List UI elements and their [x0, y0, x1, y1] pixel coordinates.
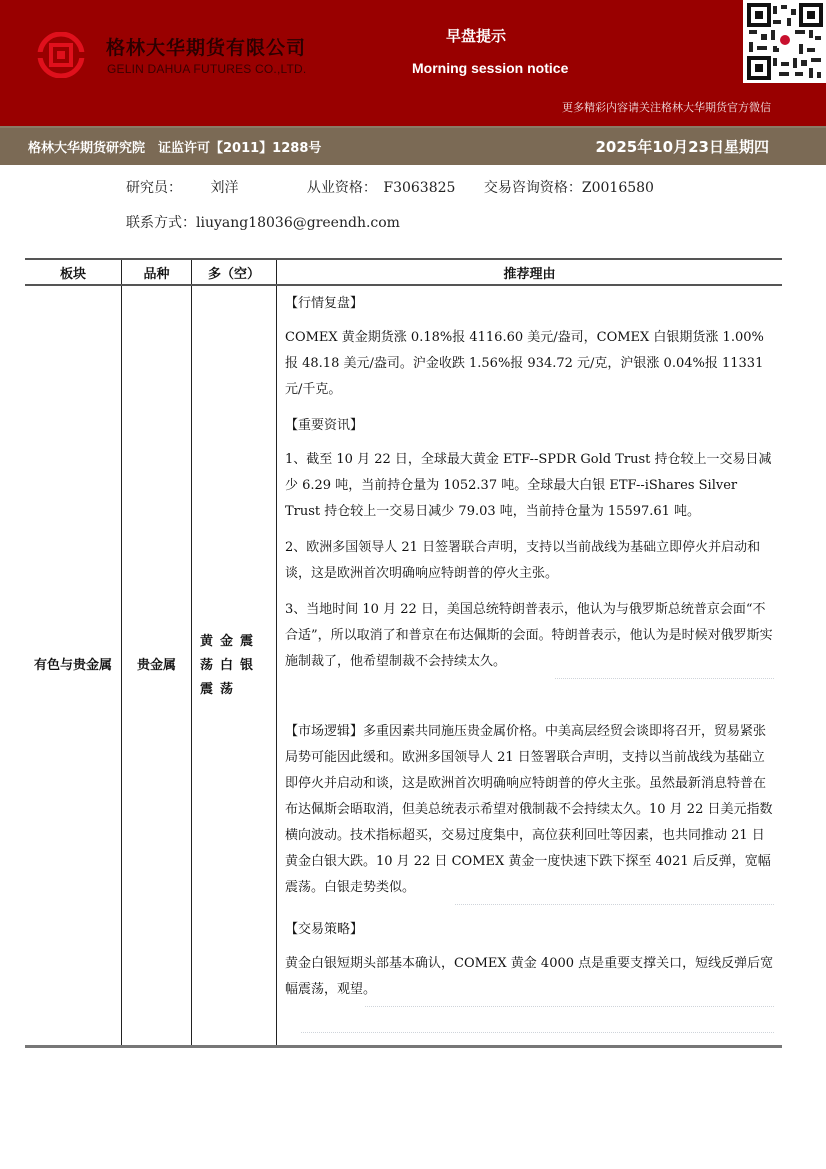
recommendation-table: 板块 品种 多（空） 推荐理由 有色与贵金属 贵金属 黄金震荡白银震荡 【行情复… — [25, 258, 782, 1048]
contact-info: 联系方式：liuyang18036@greendh.com — [126, 212, 400, 232]
researcher-info: 研究员： 刘洋 从业资格： F3063825 交易咨询资格：Z0016580 — [126, 177, 654, 197]
dotted-divider — [365, 1005, 774, 1007]
news-title: 【重要资讯】 — [285, 413, 774, 439]
contact-email[interactable]: liuyang18036@greendh.com — [196, 215, 400, 231]
cell-direction: 黄金震荡白银震荡 — [192, 285, 277, 1047]
header-sector: 板块 — [25, 259, 122, 285]
news-item: 1、截至 10 月 22 日，全球最大黄金 ETF--SPDR Gold Tru… — [285, 447, 774, 525]
company-name-en: GELIN DAHUA FUTURES CO.,LTD. — [107, 62, 306, 76]
market-review-text: COMEX 黄金期货涨 0.18%报 4116.60 美元/盎司，COMEX 白… — [285, 325, 774, 403]
cell-reason: 【行情复盘】 COMEX 黄金期货涨 0.18%报 4116.60 美元/盎司，… — [277, 285, 783, 1047]
qualification-id: F3063825 — [383, 180, 455, 196]
news-item: 2、欧洲多国领导人 21 日签署联合声明，支持以当前战线为基础立即停火并启动和谈… — [285, 535, 774, 587]
header-reason: 推荐理由 — [277, 259, 783, 285]
dotted-divider — [455, 903, 774, 905]
cell-sector: 有色与贵金属 — [25, 285, 122, 1047]
consult-label: 交易咨询资格： — [484, 177, 582, 197]
dotted-divider — [555, 677, 774, 679]
header-variety: 品种 — [122, 259, 192, 285]
header-direction: 多（空） — [192, 259, 277, 285]
wechat-qr-code-icon — [743, 0, 826, 83]
institute-license: 格林大华期货研究院 证监许可【2011】1288号 — [28, 137, 321, 156]
report-title-en: Morning session notice — [412, 60, 568, 76]
qualification-label: 从业资格： — [307, 177, 377, 197]
news-item: 3、当地时间 10 月 22 日，美国总统特朗普表示，他认为与俄罗斯总统普京会面… — [285, 597, 774, 675]
table-row: 有色与贵金属 贵金属 黄金震荡白银震荡 【行情复盘】 COMEX 黄金期货涨 0… — [25, 285, 782, 1047]
researcher-label: 研究员： — [126, 177, 182, 197]
report-date: 2025年10月23日星期四 — [596, 136, 770, 157]
table-header-row: 板块 品种 多（空） 推荐理由 — [25, 259, 782, 285]
market-review-title: 【行情复盘】 — [285, 291, 774, 317]
consult-id: Z0016580 — [582, 180, 654, 196]
market-logic-text: 【市场逻辑】多重因素共同施压贵金属价格。中美高层经贸会谈即将召开，贸易紧张局势可… — [285, 719, 774, 901]
strategy-text: 黄金白银短期头部基本确认，COMEX 黄金 4000 点是重要支撑关口，短线反弹… — [285, 951, 774, 1003]
strategy-title: 【交易策略】 — [285, 917, 774, 943]
info-bar: 格林大华期货研究院 证监许可【2011】1288号 2025年10月23日星期四 — [0, 126, 826, 165]
company-name-cn: 格林大华期货有限公司 — [106, 33, 306, 60]
follow-wechat-text: 更多精彩内容请关注格林大华期货官方微信 — [562, 99, 771, 115]
header-banner: 格林大华期货有限公司 GELIN DAHUA FUTURES CO.,LTD. … — [0, 0, 826, 126]
contact-label: 联系方式： — [126, 212, 196, 232]
dotted-divider — [301, 1031, 774, 1033]
researcher-name: 刘洋 — [210, 177, 280, 197]
report-title-cn: 早盘提示 — [446, 25, 506, 46]
market-logic-title: 【市场逻辑】 — [285, 724, 363, 739]
cell-variety: 贵金属 — [122, 285, 192, 1047]
company-logo-icon — [34, 32, 88, 78]
